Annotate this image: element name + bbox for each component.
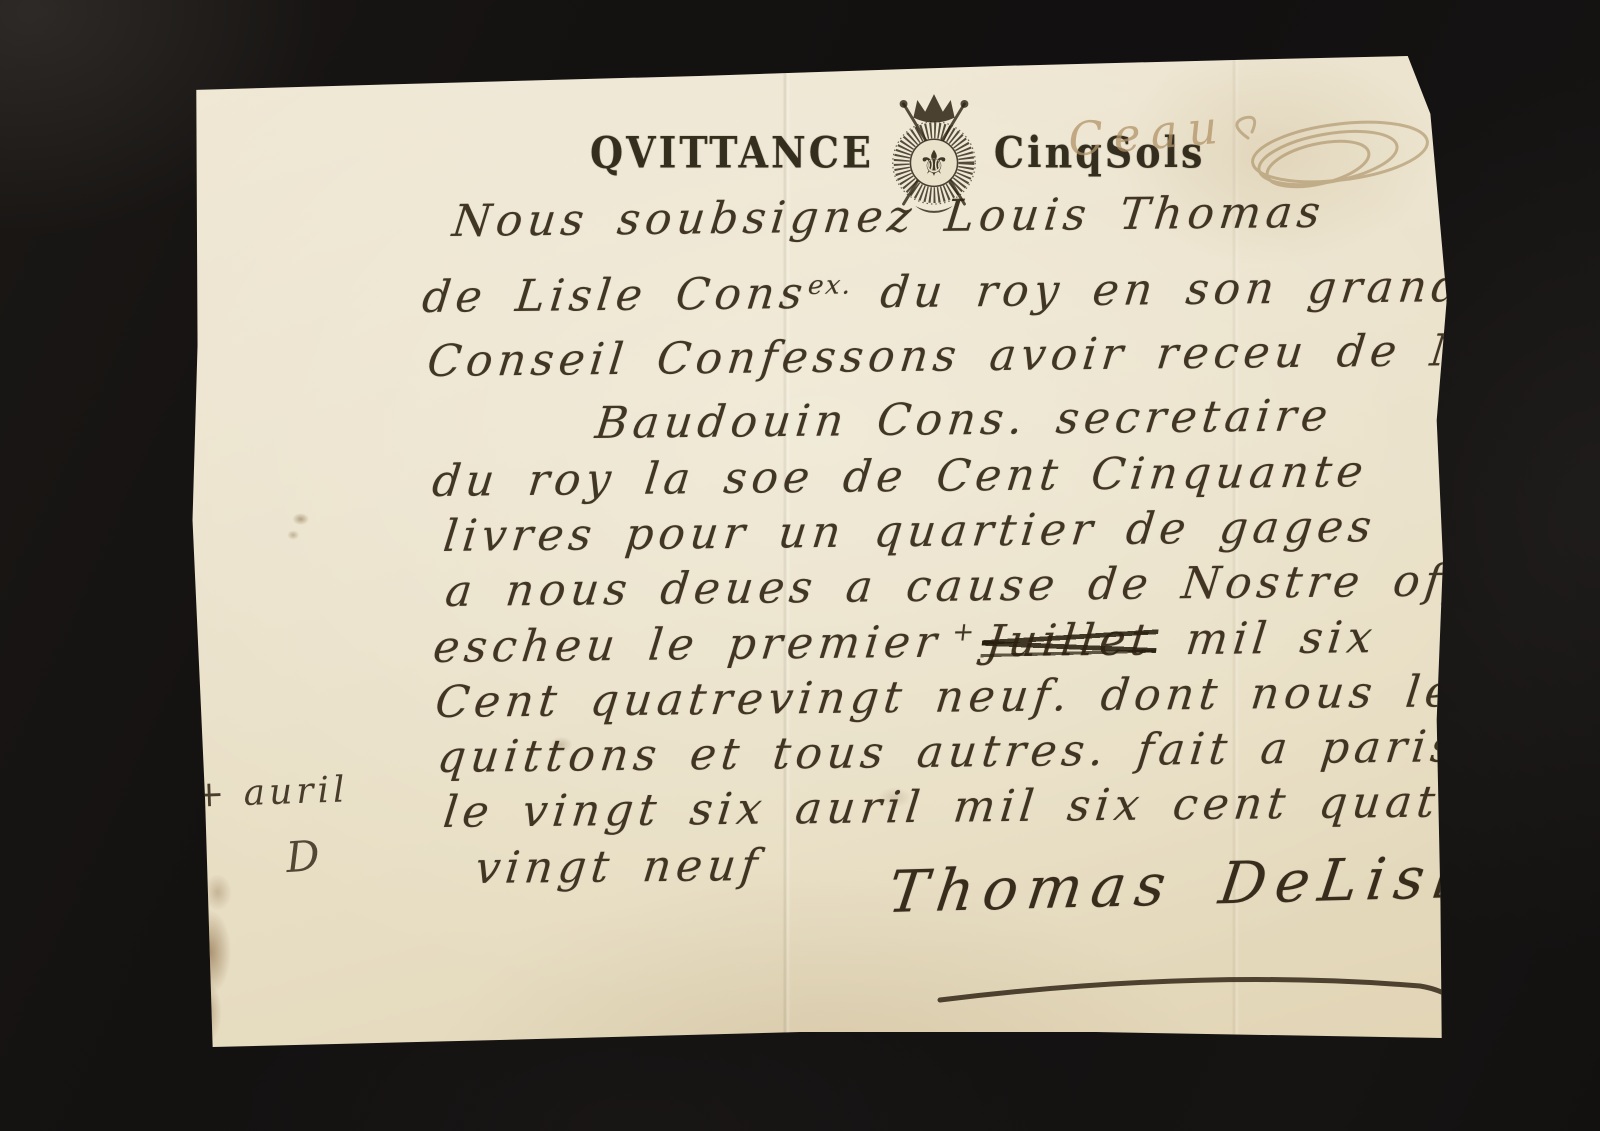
margin-word: auril [243, 769, 349, 814]
manuscript-line: le vingt six auril mil six cent quatre [441, 780, 1499, 835]
manuscript-line: Cent quatrevingt neuf. dont nous le [433, 670, 1458, 725]
manuscript-line: du roy la soe de Cent Cinquante [430, 450, 1370, 504]
manuscript-line: livres pour un quartier de gages [441, 505, 1378, 559]
manuscript-line: de Lisle Consex. du roy en son grand [420, 265, 1467, 320]
struck-word: Juillet [979, 614, 1160, 667]
margin-mark: + [193, 774, 229, 816]
insertion-caret: + [951, 617, 981, 647]
manuscript-line: escheu le premier+Juillet mil six [431, 615, 1379, 670]
line2-a: de Lisle Cons [420, 268, 810, 323]
signature-flourish [900, 960, 1480, 1016]
margin-note: + auril [193, 769, 349, 815]
line2-b: du roy en son grand [878, 261, 1468, 318]
signature: Thomas DeLisle [884, 842, 1509, 926]
manuscript-line: a nous deues a cause de Nostre office [443, 558, 1550, 614]
manuscript-line: Conseil Confessons avoir receu de Mr. [425, 329, 1505, 384]
margin-initial: D [284, 831, 321, 882]
crown-icon [913, 94, 954, 122]
line8-b: mil six [1183, 612, 1379, 665]
fleur-de-lis-icon: ⚜ [918, 144, 950, 185]
photo-stage: QVITTANCE ⚜ CinqSols Ceau [0, 0, 1600, 1131]
line8-a: escheu le premier [431, 617, 945, 673]
manuscript-line: Nous soubsignez Louis Thomas [450, 191, 1327, 244]
manuscript-line: quittons et tous autres. fait a paris [435, 725, 1461, 780]
manuscript-line: vingt neuf [473, 844, 764, 891]
line3-superscript: r. [1480, 328, 1505, 358]
line2-superscript: ex. [806, 271, 854, 301]
stamp-left-text: QVITTANCE [590, 127, 874, 177]
manuscript-line: Baudouin Cons. secretaire [593, 394, 1335, 446]
line3-a: Conseil Confessons avoir receu de M [425, 325, 1484, 387]
parchment-document: QVITTANCE ⚜ CinqSols Ceau [190, 54, 1448, 1052]
